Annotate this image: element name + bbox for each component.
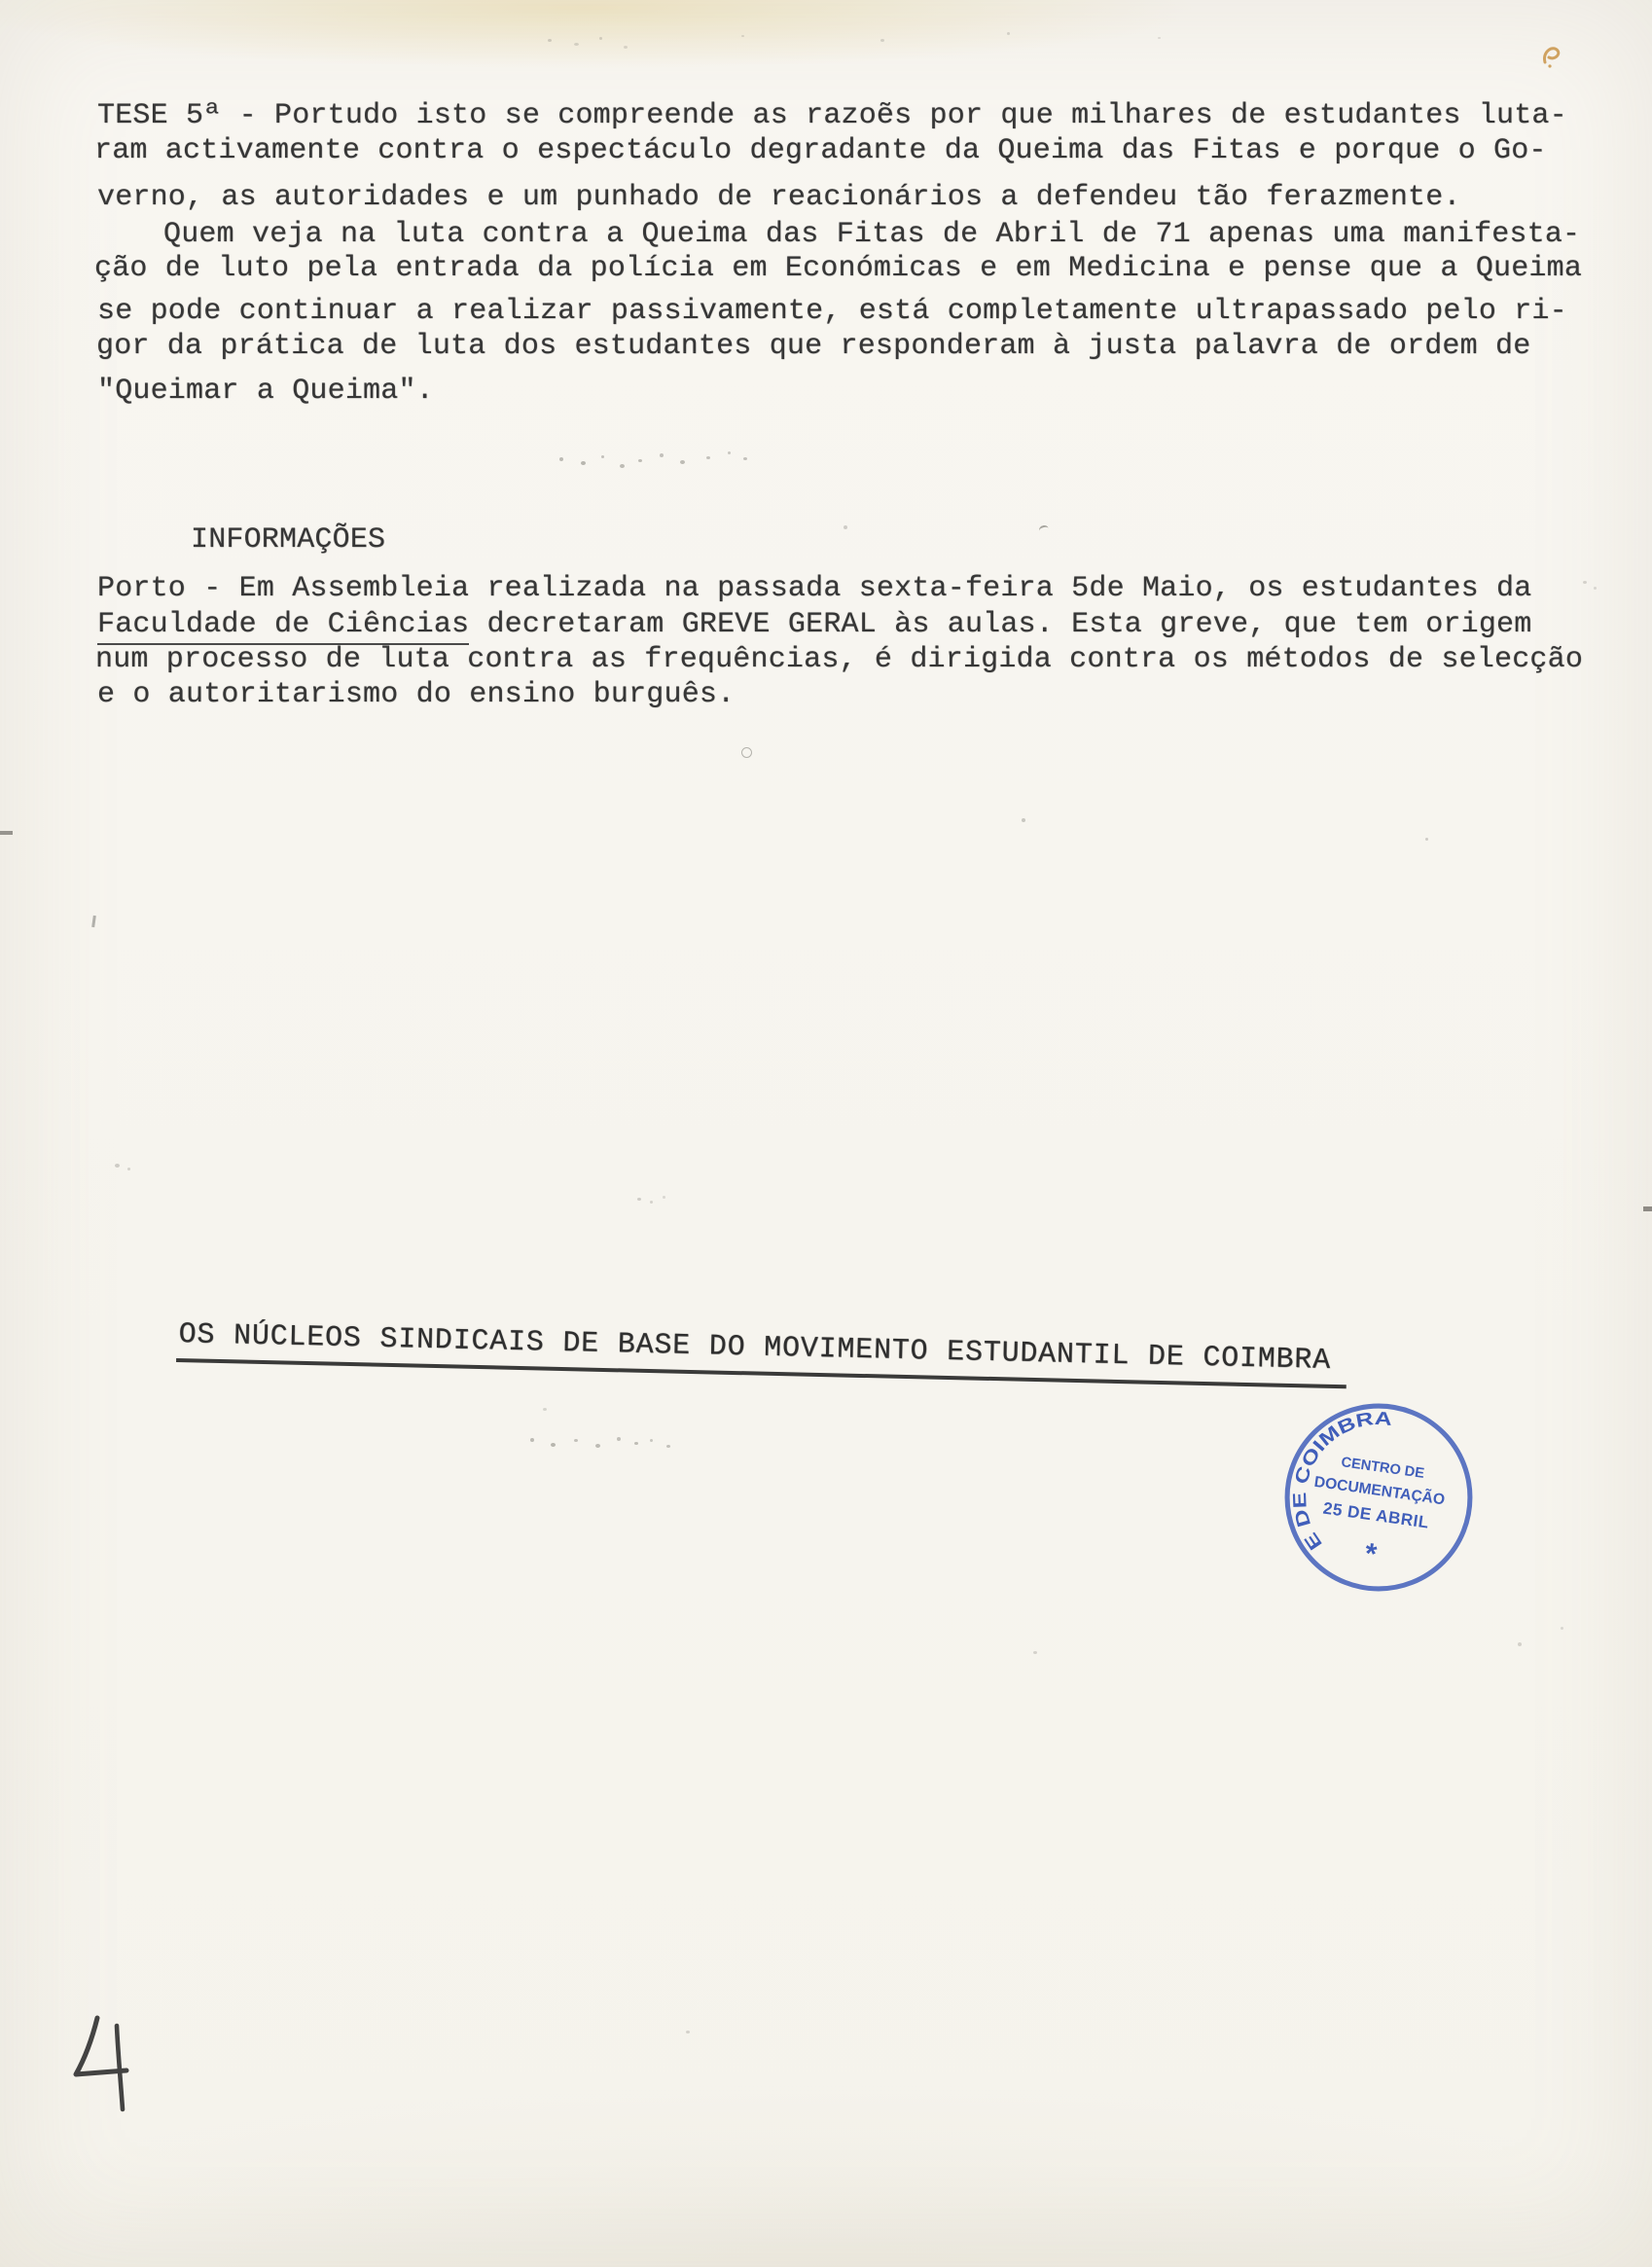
noise-speck [634, 1442, 638, 1445]
noise-speck [543, 1408, 547, 1411]
noise-speck [706, 456, 710, 459]
noise-speck [624, 46, 628, 49]
noise-speck [574, 1439, 578, 1442]
noise-speck [666, 1445, 670, 1448]
noise-speck [551, 1443, 556, 1447]
noise-speck [638, 459, 642, 462]
orange-ink-mark [1541, 43, 1562, 70]
tese5-line-7: gor da prática de luta dos estudantes qu… [96, 332, 1530, 361]
noise-speck [1425, 838, 1428, 841]
informacoes-line-2-rest: decretaram GREVE GERAL às aulas. Esta gr… [469, 608, 1531, 641]
noise-speck [680, 460, 685, 464]
stamp-center-text: CENTRO DE DOCUMENTAÇÃO 25 DE ABRIL * [1303, 1452, 1449, 1580]
noise-speck [743, 457, 747, 460]
informacoes-heading: INFORMAÇÕES [191, 525, 385, 555]
noise-speck [1158, 37, 1161, 39]
noise-speck [1594, 587, 1597, 590]
noise-edge-dash [1643, 1206, 1652, 1211]
noise-speck [581, 461, 586, 465]
signature-title: OS NÚCLEOS SINDICAIS DE BASE DO MOVIMENT… [176, 1320, 1347, 1388]
noise-speck [617, 1437, 621, 1441]
tese5-line-5: ção de luto pela entrada da polícia em E… [94, 254, 1582, 283]
noise-speck [601, 455, 604, 458]
noise-speck [620, 464, 625, 468]
tese5-line-4: Quem veja na luta contra a Queima das Fi… [163, 220, 1580, 249]
noise-speck [637, 1198, 641, 1201]
tese5-line-2: ram activamente contra o espectáculo deg… [94, 136, 1547, 165]
informacoes-line-3: num processo de luta contra as frequênci… [95, 645, 1583, 674]
tese5-line-1: TESE 5ª - Portudo isto se compreende as … [97, 101, 1567, 130]
noise-ring-mark [741, 747, 752, 758]
informacoes-line-2: Faculdade de Ciências decretaram GREVE G… [97, 610, 1531, 639]
informacoes-line-1: Porto - Em Assembleia realizada na passa… [97, 574, 1531, 603]
noise-speck [1007, 32, 1010, 35]
tese5-line-3: verno, as autoridades e um punhado de re… [97, 183, 1461, 212]
noise-speck [574, 43, 579, 46]
noise-speck [1022, 818, 1025, 822]
noise-speck [595, 1444, 600, 1448]
faculdade-ciencias-underlined: Faculdade de Ciências [97, 608, 469, 645]
noise-speck [1561, 1627, 1563, 1630]
noise-speck [599, 37, 602, 40]
noise-speck [686, 2031, 690, 2033]
noise-speck [1033, 1651, 1037, 1654]
noise-speck [127, 1168, 130, 1170]
stamp-asterisk: * [1363, 1537, 1379, 1570]
noise-speck [115, 1164, 120, 1168]
noise-speck [844, 525, 847, 529]
noise-stroke [91, 916, 96, 927]
tese5-line-8: "Queimar a Queima". [97, 377, 434, 406]
noise-edge-dash [0, 831, 13, 835]
noise-speck [741, 35, 744, 37]
noise-speck [1583, 581, 1587, 584]
noise-speck [548, 39, 552, 42]
noise-speck [1518, 1642, 1522, 1646]
noise-speck [530, 1438, 534, 1442]
noise-speck [660, 453, 664, 457]
university-coimbra-stamp: UNIVERSIDADE DE COIMBRA CENTRO DE DOCUME… [1280, 1399, 1477, 1596]
noise-speck [663, 1196, 665, 1199]
noise-speck [728, 451, 731, 454]
page-number-value: 4 [60, 2012, 110, 2103]
scanned-document-page: TESE 5ª - Portudo isto se compreende as … [0, 0, 1652, 2267]
noise-speck [880, 39, 884, 42]
noise-speck [650, 1201, 653, 1204]
noise-arc-mark [1038, 524, 1050, 535]
stamp-center-line-1: CENTRO DE [1340, 1455, 1425, 1482]
informacoes-line-4: e o autoritarismo do ensino burguês. [97, 680, 735, 709]
noise-speck [650, 1439, 653, 1442]
tese5-line-6: se pode continuar a realizar passivament… [97, 297, 1567, 326]
noise-speck [559, 457, 563, 461]
